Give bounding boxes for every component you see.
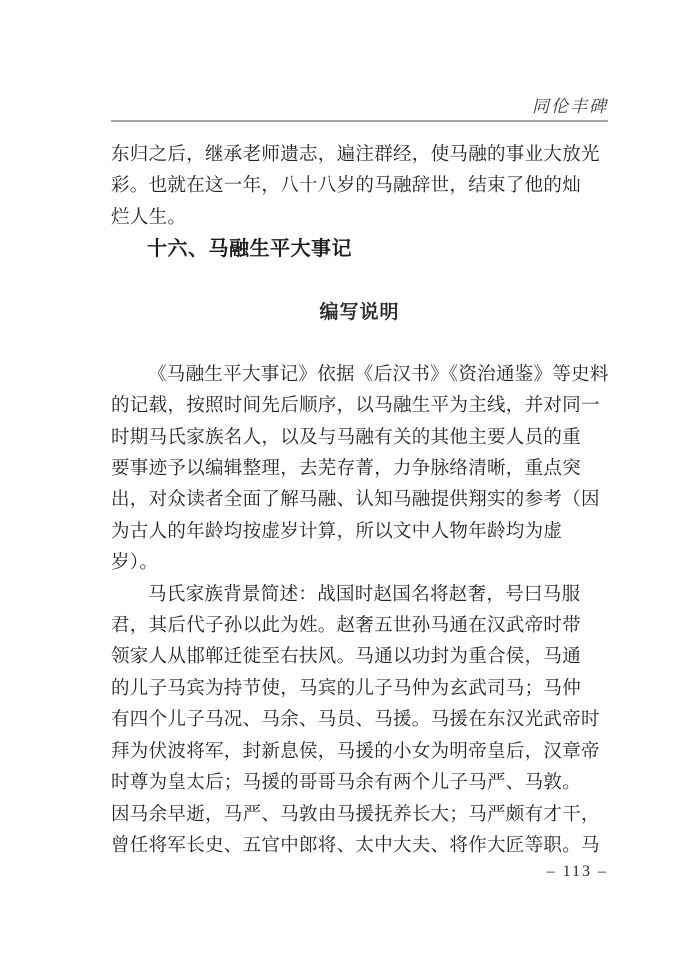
paragraph-intro: 《马融生平大事记》依据《后汉书》《资治通鉴》等史料 的记载，按照时间先后顺序，以… [111, 360, 608, 580]
paragraph-family-background: 马氏家族背景简述：战国时赵国名将赵奢，号曰马服 君，其后代子孙以此为姓。赵奢五世… [111, 580, 608, 863]
text-column: 东归之后，继承老师遗志，遍注群经，使马融的事业大放光 彩。也就在这一年，八十八岁… [111, 140, 608, 862]
continuation-paragraph: 东归之后，继承老师遗志，遍注群经，使马融的事业大放光 彩。也就在这一年，八十八岁… [111, 140, 608, 234]
page-number: – 113 – [547, 862, 608, 882]
book-page: 同伦丰碑 东归之后，继承老师遗志，遍注群经，使马融的事业大放光 彩。也就在这一年… [0, 0, 692, 968]
running-header: 同伦丰碑 [111, 97, 608, 117]
subsection-heading: 编写说明 [111, 297, 608, 328]
header-rule-divider [111, 120, 608, 122]
section-heading: 十六、马融生平大事记 [111, 234, 608, 265]
